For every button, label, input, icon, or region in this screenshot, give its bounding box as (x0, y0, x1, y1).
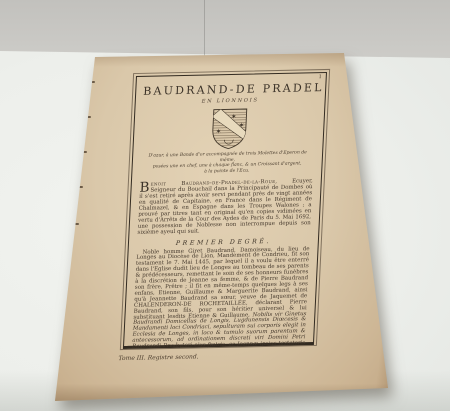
drop-cap: B (139, 183, 150, 194)
page-subtitle: EN LIONNOIS (143, 96, 318, 106)
blazon-caption: D'azur, à une Bande d'or accompagnée de … (139, 150, 315, 176)
binding-stitch-mark (91, 81, 95, 83)
molette-star-icon: ✶ (238, 121, 244, 129)
binding-stitch-mark (87, 116, 91, 118)
first-degree-roman-text: Noble homme Giret Baudrand, Damoiseau, d… (133, 246, 309, 321)
first-degree-paragraph: Noble homme Giret Baudrand, Damoiseau, d… (130, 247, 310, 349)
page-content: BAUDRAND-DE PRADEL EN LIONNOIS (123, 72, 327, 349)
coat-of-arms-icon: ✶ ✶ ✶ (209, 108, 249, 151)
photo-of-antique-document: 1 BAUDRAND-DE PRADEL EN LIONNOIS (0, 0, 450, 411)
binding-stitch-mark (79, 186, 83, 188)
molette-star-icon: ✶ (215, 128, 221, 136)
page-title: BAUDRAND-DE PRADEL (143, 81, 319, 98)
printed-text-block: 1 BAUDRAND-DE PRADEL EN LIONNOIS (123, 72, 327, 349)
intro-paragraph-text: , Ecuyer, Seigneur du Bouchail dans la P… (137, 179, 313, 236)
molette-star-icon: ✶ (230, 113, 236, 121)
binding-stitch-mark (75, 223, 79, 225)
intro-paragraph: Benoit Baudrand-de-Pradel-de-la-Roue, Ec… (137, 180, 313, 237)
binding-stitch-mark (83, 151, 87, 153)
